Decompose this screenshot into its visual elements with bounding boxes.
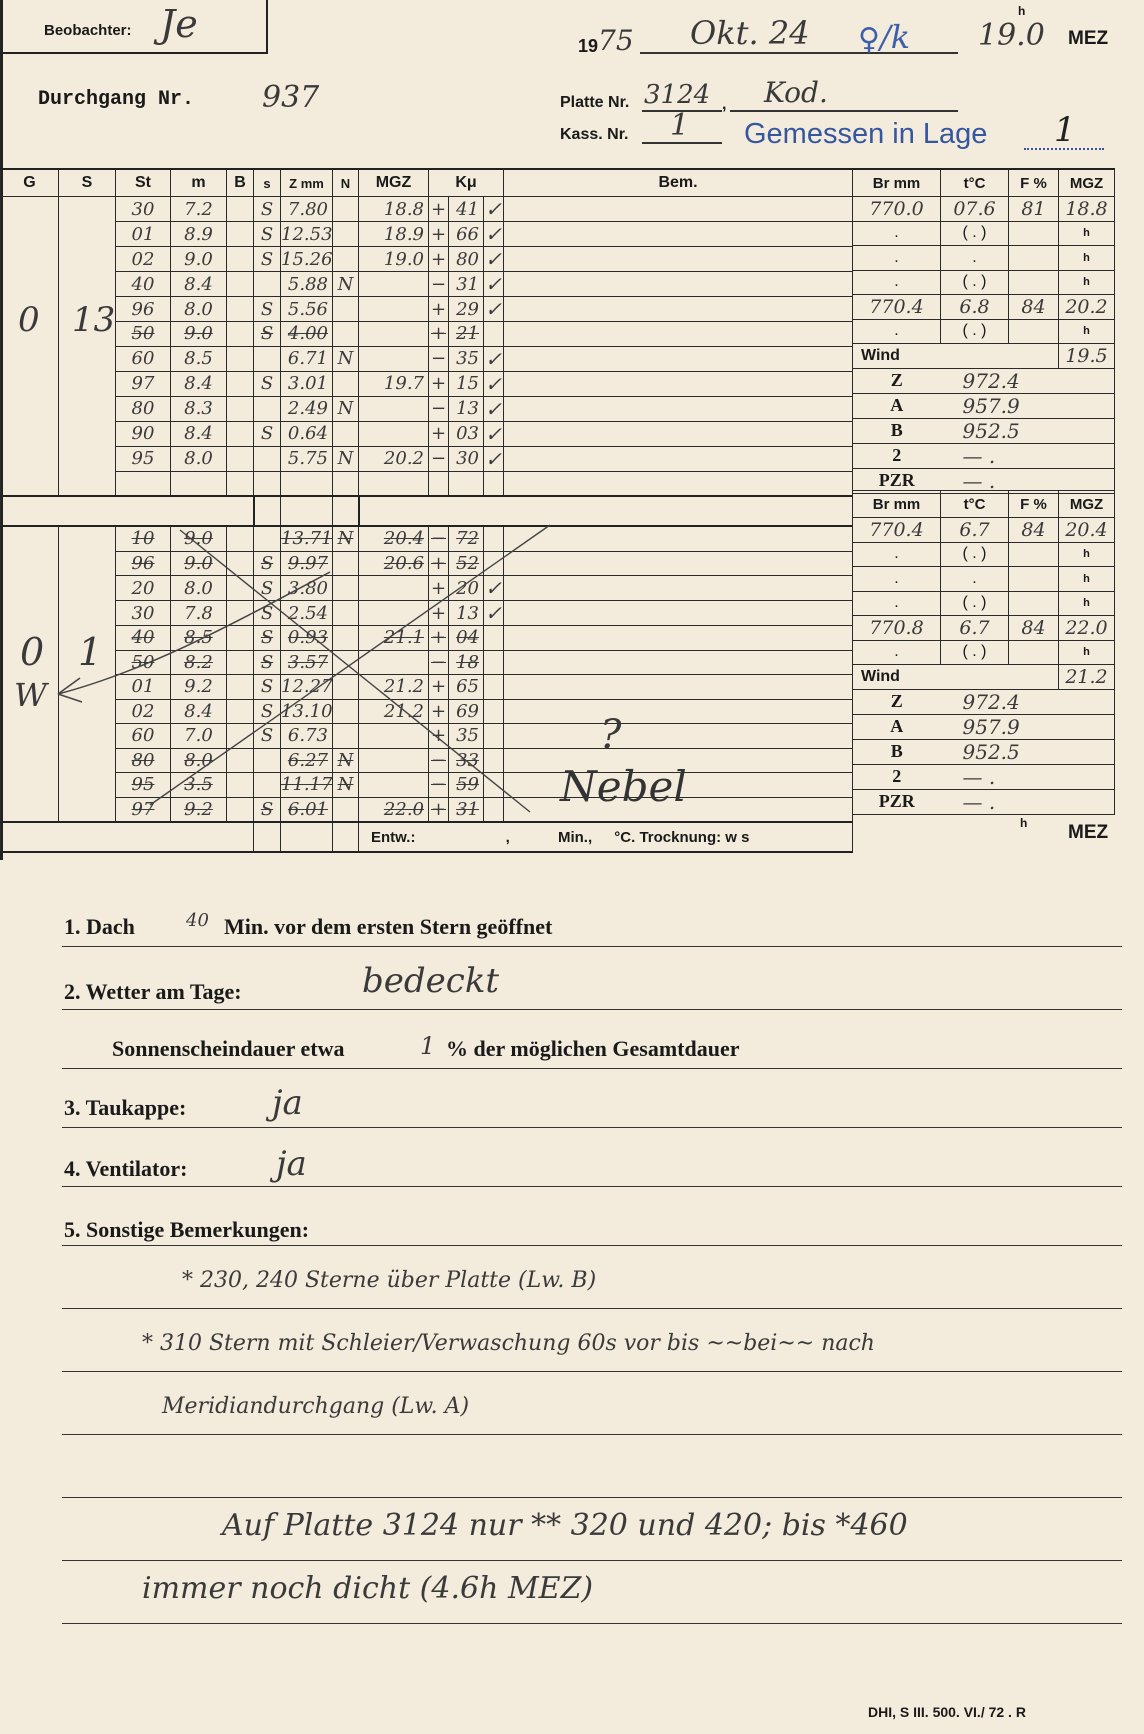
remark-line: Meridiandurchgang (Lw. A) [62,1372,1122,1435]
weather-cell-t: ( . ) [941,270,1009,295]
pressure-reading-row: Z972.4 [853,689,1115,714]
reading-value: 972.4 [941,368,1115,393]
weather-row: .( . )h [853,542,1115,567]
table-row: 908.4S0.64+03✓ [1,421,853,446]
measured-stamp: Gemessen in Lage [744,118,987,151]
sunshine-prefix: Sonnenscheindauer etwa [112,1036,344,1062]
pressure-reading-row: 2— . [853,764,1115,789]
cell-k: 35 [449,346,484,371]
reading-label: A [853,714,941,739]
cell-B [227,396,254,421]
reading-label: B [853,418,941,443]
cell-St: 90 [116,421,171,446]
weather-row: ..h [853,567,1115,592]
reading-value: — . [941,789,1115,814]
block1-g-value: 0 [18,300,40,340]
remark-text: immer noch dicht (4.6h MEZ) [142,1571,593,1606]
table-row: 018.9S12.5318.9+66✓ [1,222,853,247]
cell-sign: + [429,222,449,247]
cell-sign: + [429,247,449,272]
cell-k: 15 [449,371,484,396]
cell-B [227,197,254,222]
cell-n [333,371,359,396]
col-header-st: St [116,169,171,197]
weather-cell-mgz: h [1059,542,1115,567]
reading-label: Z [853,689,941,714]
remark-text: * 310 Stern mit Schleier/Verwaschung 60s… [142,1331,875,1356]
weather-cell-br: 770.4 [853,295,941,320]
pressure-reading-row: B952.5 [853,739,1115,764]
note3-value: ja [272,1083,303,1123]
table-row: 968.0S5.56+29✓ [1,297,853,322]
weather-header-row: Br mmt°CF %MGZ [853,169,1115,197]
weather-panel-2: Br mmt°CF %MGZ770.46.78420.4.( . )h..h.(… [852,490,1114,815]
cell-k: 41 [449,197,484,222]
cell-St: 96 [116,297,171,322]
cell-check: ✓ [484,421,504,446]
pass-value: 937 [262,80,319,115]
cell-k: 13 [449,396,484,421]
weather-cell-mgz: h [1059,567,1115,592]
cell-check: ✓ [484,446,504,471]
weather-row: .( . )h [853,591,1115,616]
cell-check: ✓ [484,247,504,272]
observer-label: Beobachter: [44,22,132,39]
weather-header-cell: t°C [941,169,1009,197]
table-row: 307.2S7.8018.8+41✓ [1,197,853,222]
observer-value: Je [160,2,198,46]
weather-table: Br mmt°CF %MGZ770.007.68118.8.( . )h..h.… [852,168,1115,494]
reading-label: PZR [853,789,941,814]
weather-row: .( . )h [853,319,1115,344]
reading-label: A [853,393,941,418]
weather-header-cell: Br mm [853,491,941,518]
cell-B [227,371,254,396]
cell-B [227,222,254,247]
cell-St: 40 [116,272,171,297]
cell-check [484,322,504,347]
cell-bem [504,297,853,322]
footer-row: Entw.: , Min., °C. Trocknung: w s [1,822,853,852]
note-item-1: 1. Dach 40 Min. vor dem ersten Stern geö… [62,904,1122,947]
weather-header-cell: Br mm [853,169,941,197]
cell-m: 8.3 [171,396,227,421]
weather-cell-t: 6.8 [941,295,1009,320]
cell-B [227,421,254,446]
cell-sign: − [429,272,449,297]
remark-text: Meridiandurchgang (Lw. A) [162,1394,469,1419]
cell-z: 15.26 [281,247,333,272]
cell-k: 29 [449,297,484,322]
table-header-row: G S St m B s Z mm N MGZ Kμ Bem. [1,169,853,197]
weather-cell-t: 6.7 [941,518,1009,543]
cell-mgz: 20.2 [359,446,429,471]
reading-label: Z [853,368,941,393]
cell-B [227,346,254,371]
cell-sign: − [429,346,449,371]
cassette-label: Kass. Nr. [560,126,628,144]
weather-row: .( . )h [853,640,1115,665]
entw-label: Entw.: [371,829,415,846]
weather-cell-br: 770.4 [853,518,941,543]
col-header-m: m [171,169,227,197]
weather-cell-t: . [941,246,1009,271]
remark-line [62,1435,1122,1498]
note2-label: 2. Wetter am Tage: [64,979,242,1005]
reading-label: 2 [853,443,941,468]
weather-panel-1: Br mmt°CF %MGZ770.007.68118.8.( . )h..h.… [852,168,1114,494]
cell-St: 01 [116,222,171,247]
cell-k: 21 [449,322,484,347]
cell-m: 8.0 [171,297,227,322]
pressure-reading-row: PZR— . [853,789,1115,814]
block2-crossout [110,520,560,815]
table-row: 408.45.88N−31✓ [1,272,853,297]
weather-table: Br mmt°CF %MGZ770.46.78420.4.( . )h..h.(… [852,490,1115,815]
cell-z: 5.88 [281,272,333,297]
table-row: 608.56.71N−35✓ [1,346,853,371]
note4-value: ja [276,1144,307,1184]
note1-suffix: Min. vor dem ersten Stern geöffnet [224,914,552,940]
reading-label: 2 [853,764,941,789]
cell-n [333,421,359,446]
cell-St: 97 [116,371,171,396]
cell-St: 50 [116,322,171,347]
cell-St: 30 [116,197,171,222]
cell-sign: + [429,297,449,322]
cell-bem [504,197,853,222]
cell-z: 2.49 [281,396,333,421]
remark-question: ? [600,712,621,758]
weather-row: 770.46.88420.2 [853,295,1115,320]
col-header-s-small: s [254,169,281,197]
cell-bem [504,396,853,421]
g-cell [1,197,59,497]
cell-bem [504,322,853,347]
footer-time-zone: MEZ [1068,822,1108,844]
cell-sign: + [429,197,449,222]
weather-row: 770.86.78422.0 [853,616,1115,641]
col-header-n: N [333,169,359,197]
weather-header-cell: F % [1009,169,1059,197]
weather-cell-f: 84 [1009,518,1059,543]
date-value: Okt. 24 [690,14,810,52]
weather-cell-t: 6.7 [941,616,1009,641]
cell-z: 5.75 [281,446,333,471]
cell-sign: − [429,446,449,471]
weather-header-cell: t°C [941,491,1009,518]
cell-check: ✓ [484,197,504,222]
cell-n [333,322,359,347]
weather-cell-br: . [853,246,941,271]
weather-header-row: Br mmt°CF %MGZ [853,491,1115,518]
plate-extra-underline [730,110,958,112]
cell-check: ✓ [484,297,504,322]
note-sunshine: Sonnenscheindauer etwa 1 % der möglichen… [62,1010,1122,1069]
note-item-2: 2. Wetter am Tage: bedeckt [62,947,1122,1010]
weather-cell-br: . [853,221,941,246]
pressure-reading-row: 2— . [853,443,1115,468]
weekday-extra: /k [880,18,910,56]
cell-check: ✓ [484,272,504,297]
weather-cell-t: ( . ) [941,542,1009,567]
cell-bem [504,346,853,371]
cassette-value: 1 [670,108,689,143]
weather-cell-f [1009,270,1059,295]
weather-cell-mgz: 22.0 [1059,616,1115,641]
cell-n [333,222,359,247]
cell-s: S [254,322,281,347]
plate-comma: , [722,96,726,114]
cell-z: 7.80 [281,197,333,222]
weather-cell-mgz: 20.4 [1059,518,1115,543]
weather-cell-mgz: h [1059,640,1115,665]
note1-value: 40 [186,910,209,931]
footer-time-sup: h [1020,816,1027,830]
remark-line: immer noch dicht (4.6h MEZ) [62,1561,1122,1624]
cell-s [254,272,281,297]
note3-label: 3. Taukappe: [64,1095,186,1121]
cell-bem [504,222,853,247]
cell-m: 8.0 [171,446,227,471]
plate-extra: Kod. [764,76,828,109]
cell-B [227,322,254,347]
weather-cell-f [1009,542,1059,567]
cell-s: S [254,421,281,446]
weather-cell-mgz: 20.2 [1059,295,1115,320]
weather-header-cell: MGZ [1059,491,1115,518]
col-header-bem: Bem. [504,169,853,197]
weather-cell-f [1009,246,1059,271]
cell-n [333,197,359,222]
col-header-g: G [1,169,59,197]
wind-label: Wind [853,665,1059,690]
cell-check: ✓ [484,222,504,247]
wind-mgz: 19.5 [1059,344,1115,369]
time-sup-h: h [1018,4,1025,18]
min-label: Min., [558,829,592,846]
cell-z: 3.01 [281,371,333,396]
note-item-5: 5. Sonstige Bemerkungen: [62,1187,1122,1246]
weather-cell-br: 770.0 [853,197,941,222]
form-code: DHI, S III. 500. VI./ 72 . R [868,1704,1026,1720]
observer-box: Beobachter: Je [0,0,268,54]
reading-value: 957.9 [941,714,1115,739]
weather-cell-f [1009,221,1059,246]
table-row: 509.0S4.00+21 [1,322,853,347]
weather-cell-f [1009,567,1059,592]
wind-mgz: 21.2 [1059,665,1115,690]
table-row-empty [1,471,853,496]
reading-value: — . [941,764,1115,789]
col-header-mgz: MGZ [359,169,429,197]
weather-cell-t: 07.6 [941,197,1009,222]
weather-cell-f [1009,319,1059,344]
weather-cell-br: . [853,591,941,616]
block1-s-value: 13 [72,300,115,340]
weather-cell-br: . [853,270,941,295]
cell-s [254,446,281,471]
cell-B [227,446,254,471]
cell-sign: + [429,371,449,396]
weather-row: ..h [853,246,1115,271]
weather-cell-mgz: h [1059,270,1115,295]
remark-text: Auf Platte 3124 nur ** 320 und 420; bis … [222,1508,908,1543]
cell-mgz [359,297,429,322]
notes-section: 1. Dach 40 Min. vor dem ersten Stern geö… [62,904,1122,1624]
cell-s: S [254,222,281,247]
reading-value: 957.9 [941,393,1115,418]
cell-B [227,297,254,322]
col-header-s: S [59,169,116,197]
pressure-reading-row: Z972.4 [853,368,1115,393]
cell-z: 12.53 [281,222,333,247]
weather-cell-f [1009,591,1059,616]
cell-sign: − [429,396,449,421]
cell-n: N [333,446,359,471]
cell-mgz: 18.9 [359,222,429,247]
weather-row: .( . )h [853,270,1115,295]
cell-n [333,247,359,272]
cell-s: S [254,247,281,272]
weather-cell-br: . [853,319,941,344]
cell-mgz [359,322,429,347]
weather-cell-mgz: h [1059,591,1115,616]
cell-s: S [254,297,281,322]
date-underline [640,52,958,54]
weather-cell-br: . [853,542,941,567]
cell-m: 8.4 [171,421,227,446]
cell-z: 4.00 [281,322,333,347]
weather-row: 770.007.68118.8 [853,197,1115,222]
year-suffix: 75 [598,24,634,57]
weather-cell-mgz: h [1059,319,1115,344]
cell-k: 03 [449,421,484,446]
remark-lines: * 230, 240 Sterne über Platte (Lw. B)* 3… [62,1246,1122,1624]
cell-k: 31 [449,272,484,297]
col-header-zmm: Z mm [281,169,333,197]
note1-prefix: 1. Dach [64,914,135,940]
remark-text: * 230, 240 Sterne über Platte (Lw. B) [182,1268,596,1293]
weather-cell-f: 84 [1009,616,1059,641]
weather-cell-br: . [853,640,941,665]
note-item-4: 4. Ventilator: ja [62,1128,1122,1187]
col-header-b: B [227,169,254,197]
cell-bem [504,421,853,446]
cell-mgz [359,421,429,446]
cell-m: 7.2 [171,197,227,222]
pressure-reading-row: A957.9 [853,714,1115,739]
year-prefix: 19 [578,36,598,57]
cell-sign: + [429,322,449,347]
cell-mgz [359,272,429,297]
cell-B [227,272,254,297]
cell-bem [504,272,853,297]
reading-label: B [853,739,941,764]
sunshine-suffix: % der möglichen Gesamtdauer [446,1036,740,1062]
cell-bem [504,446,853,471]
note2-value: bedeckt [362,961,499,1001]
col-header-kmu: Kμ [429,169,504,197]
cell-mgz [359,396,429,421]
cell-mgz: 18.8 [359,197,429,222]
cell-B [227,247,254,272]
pressure-reading-row: A957.9 [853,393,1115,418]
cell-bem [504,247,853,272]
weather-cell-f: 84 [1009,295,1059,320]
cell-check: ✓ [484,346,504,371]
cell-s [254,396,281,421]
cell-k: 30 [449,446,484,471]
block-1-body: 307.2S7.8018.8+41✓018.9S12.5318.9+66✓029… [1,197,853,497]
cell-n: N [333,396,359,421]
plate-label: Platte Nr. [560,94,629,112]
stamp-value: 1 [1054,110,1076,150]
reading-value: — . [941,443,1115,468]
wind-label: Wind [853,344,1059,369]
time-zone: MEZ [1068,28,1108,50]
weather-row: 770.46.78420.4 [853,518,1115,543]
cell-St: 02 [116,247,171,272]
pass-label: Durchgang Nr. [38,88,194,111]
weather-cell-t: ( . ) [941,591,1009,616]
cell-m: 9.0 [171,322,227,347]
remark-line: * 230, 240 Sterne über Platte (Lw. B) [62,1246,1122,1309]
reading-value: 952.5 [941,739,1115,764]
table-row: 029.0S15.2619.0+80✓ [1,247,853,272]
cell-St: 95 [116,446,171,471]
cell-mgz: 19.0 [359,247,429,272]
cell-k: 66 [449,222,484,247]
cell-m: 9.0 [171,247,227,272]
sunshine-value: 1 [420,1032,435,1060]
remark-line: Auf Platte 3124 nur ** 320 und 420; bis … [62,1498,1122,1561]
wind-row: Wind19.5 [853,344,1115,369]
weather-header-cell: MGZ [1059,169,1115,197]
weather-cell-t: ( . ) [941,319,1009,344]
note4-label: 4. Ventilator: [64,1156,187,1182]
table-row: 958.05.75N20.2−30✓ [1,446,853,471]
weather-cell-f [1009,640,1059,665]
cell-sign: + [429,421,449,446]
weather-cell-mgz: 18.8 [1059,197,1115,222]
table-row: 978.4S3.0119.7+15✓ [1,371,853,396]
remark-line: * 310 Stern mit Schleier/Verwaschung 60s… [62,1309,1122,1372]
wind-row: Wind21.2 [853,665,1115,690]
weather-cell-br: 770.8 [853,616,941,641]
remark-nebel: Nebel [560,762,687,811]
cell-s [254,346,281,371]
reading-value: 972.4 [941,689,1115,714]
cell-m: 8.4 [171,371,227,396]
cell-check: ✓ [484,396,504,421]
weather-cell-t: ( . ) [941,221,1009,246]
cell-mgz: 19.7 [359,371,429,396]
entw-comma: , [506,829,510,846]
note-item-3: 3. Taukappe: ja [62,1069,1122,1128]
cell-bem [504,371,853,396]
table-row: 808.32.49N−13✓ [1,396,853,421]
time-value: 19.0 [978,18,1045,53]
trocknung-label: °C. Trocknung: w s [614,829,749,846]
cell-z: 0.64 [281,421,333,446]
weather-row: .( . )h [853,221,1115,246]
cell-k: 80 [449,247,484,272]
cell-z: 5.56 [281,297,333,322]
cell-m: 8.5 [171,346,227,371]
s-cell [59,197,116,497]
cell-s: S [254,197,281,222]
